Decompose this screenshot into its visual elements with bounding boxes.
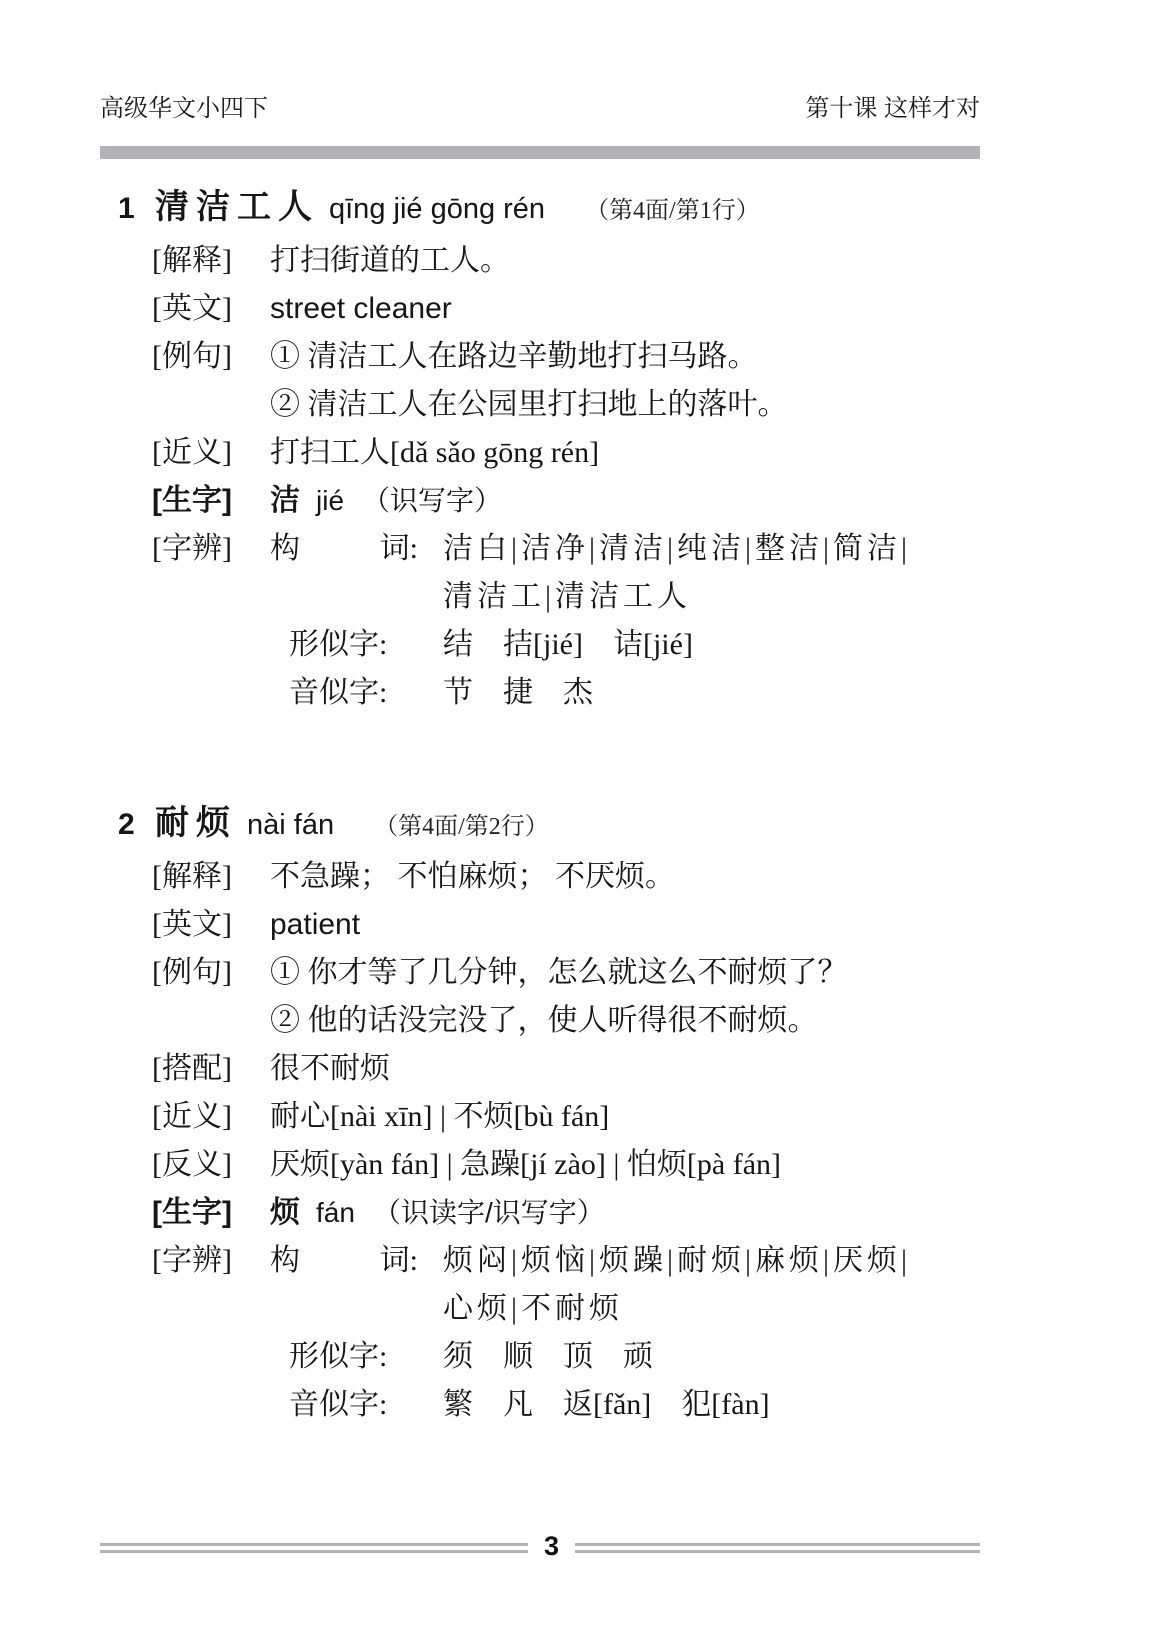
synonym-row: [近义] 打扫工人[dǎ sǎo gōng rén] — [100, 429, 980, 477]
antonym-label: [反义] — [152, 1141, 270, 1189]
analysis-label: [字辨] — [152, 525, 270, 573]
similar-sound-text: 繁 凡 返[fǎn] 犯[fàn] — [443, 1381, 770, 1429]
new-char: 烦 — [270, 1189, 300, 1237]
analysis-row: [字辨] 构 词: 洁白|洁净|清洁|纯洁|整洁|简洁| — [100, 525, 980, 573]
antonym-text: 厌烦[yàn fán] | 急躁[jí zào] | 怕烦[pà fán] — [270, 1141, 781, 1189]
new-char-note: （识写字） — [362, 477, 502, 525]
synonym-row: [近义] 耐心[nài xīn] | 不烦[bù fán] — [100, 1093, 980, 1141]
similar-form-row: 形似字: 结 拮[jié] 诘[jié] — [100, 621, 980, 669]
definition-label: [解释] — [152, 853, 270, 901]
synonym-label: [近义] — [152, 429, 270, 477]
similar-form-label: 形似字: — [289, 621, 443, 669]
similar-sound-label: 音似字: — [289, 669, 443, 717]
entry-pinyin: qīng jié gōng rén — [329, 185, 545, 233]
page-number: 3 — [544, 1531, 559, 1562]
collocation-text: 很不耐烦 — [270, 1045, 390, 1093]
entry-pinyin: nài fán — [247, 801, 334, 849]
compounds-line-1: 洁白|洁净|清洁|纯洁|整洁|简洁| — [443, 525, 911, 573]
compounds-continuation-row: 清洁工|清洁工人 — [100, 573, 980, 621]
compounds-label-second: 词: — [380, 525, 418, 573]
footer-rule-left — [100, 1543, 528, 1553]
page-content: 高级华文小四下 第十课 这样才对 1 清洁工人 qīng jié gōng ré… — [100, 93, 980, 1429]
entry-title: 2 耐烦 nài fán （第4面/第2行） — [100, 799, 980, 851]
similar-sound-row: 音似字: 繁 凡 返[fǎn] 犯[fàn] — [100, 1381, 980, 1429]
example-line-1: ① 你才等了几分钟，怎么就这么不耐烦了？ — [270, 949, 848, 997]
new-char-pinyin: jié — [316, 477, 344, 525]
definition-label: [解释] — [152, 237, 270, 285]
example-line-2: ② 他的话没完没了，使人听得很不耐烦。 — [270, 997, 818, 1045]
collocation-label: [搭配] — [152, 1045, 270, 1093]
analysis-label: [字辨] — [152, 1237, 270, 1285]
entry-title: 1 清洁工人 qīng jié gōng rén （第4面/第1行） — [100, 183, 980, 235]
header-lesson-title: 第十课 这样才对 — [805, 93, 980, 125]
english-text: patient — [270, 901, 360, 949]
compounds-label-first: 构 — [270, 525, 300, 573]
similar-form-text: 须 顺 顶 顽 — [443, 1333, 653, 1381]
compounds-line-2: 心烦|不耐烦 — [443, 1285, 623, 1333]
entry-source: （第4面/第2行） — [374, 803, 549, 851]
similar-form-label: 形似字: — [289, 1333, 443, 1381]
example-row-2: ② 他的话没完没了，使人听得很不耐烦。 — [100, 997, 980, 1045]
page-footer: 3 — [100, 1532, 980, 1563]
synonym-label: [近义] — [152, 1093, 270, 1141]
vocab-entry-2: 2 耐烦 nài fán （第4面/第2行） [解释] 不急躁； 不怕麻烦； 不… — [100, 799, 980, 1429]
synonym-text: 打扫工人[dǎ sǎo gōng rén] — [270, 429, 599, 477]
new-char-label: [生字] — [152, 477, 270, 525]
synonym-text: 耐心[nài xīn] | 不烦[bù fán] — [270, 1093, 609, 1141]
english-label: [英文] — [152, 901, 270, 949]
example-line-2: ② 清洁工人在公园里打扫地上的落叶。 — [270, 381, 788, 429]
similar-sound-label: 音似字: — [289, 1381, 443, 1429]
compounds-line-1: 烦闷|烦恼|烦躁|耐烦|麻烦|厌烦| — [443, 1237, 911, 1285]
footer-rule-right — [575, 1543, 980, 1553]
compounds-continuation-row: 心烦|不耐烦 — [100, 1285, 980, 1333]
new-char-row: [生字] 烦 fán （识读字/识写字） — [100, 1189, 980, 1237]
english-text: street cleaner — [270, 285, 452, 333]
analysis-row: [字辨] 构 词: 烦闷|烦恼|烦躁|耐烦|麻烦|厌烦| — [100, 1237, 980, 1285]
example-line-1: ① 清洁工人在路边辛勤地打扫马路。 — [270, 333, 758, 381]
new-char-pinyin: fán — [316, 1189, 355, 1237]
english-row: [英文] street cleaner — [100, 285, 980, 333]
new-char-row: [生字] 洁 jié （识写字） — [100, 477, 980, 525]
header-book-title: 高级华文小四下 — [100, 93, 268, 125]
compounds-label-second: 词: — [380, 1237, 418, 1285]
collocation-row: [搭配] 很不耐烦 — [100, 1045, 980, 1093]
compounds-label-first: 构 — [270, 1237, 300, 1285]
antonym-row: [反义] 厌烦[yàn fán] | 急躁[jí zào] | 怕烦[pà fá… — [100, 1141, 980, 1189]
examples-label: [例句] — [152, 949, 270, 997]
compounds-label: 构 词: — [270, 1237, 418, 1285]
english-row: [英文] patient — [100, 901, 980, 949]
example-row-1: [例句] ① 你才等了几分钟，怎么就这么不耐烦了？ — [100, 949, 980, 997]
book-page: 高级华文小四下 第十课 这样才对 1 清洁工人 qīng jié gōng ré… — [0, 0, 1150, 1648]
definition-text: 打扫街道的工人。 — [270, 237, 510, 285]
entry-source: （第4面/第1行） — [585, 187, 760, 235]
similar-form-text: 结 拮[jié] 诘[jié] — [443, 621, 693, 669]
compounds-label: 构 词: — [270, 525, 418, 573]
example-row-2: ② 清洁工人在公园里打扫地上的落叶。 — [100, 381, 980, 429]
similar-sound-row: 音似字: 节 捷 杰 — [100, 669, 980, 717]
vocab-entry-1: 1 清洁工人 qīng jié gōng rén （第4面/第1行） [解释] … — [100, 183, 980, 717]
entry-word: 清洁工人 — [155, 183, 319, 231]
entry-number: 2 — [118, 801, 155, 849]
header-rule — [100, 146, 980, 159]
similar-form-row: 形似字: 须 顺 顶 顽 — [100, 1333, 980, 1381]
definition-row: [解释] 打扫街道的工人。 — [100, 237, 980, 285]
page-header: 高级华文小四下 第十课 这样才对 — [100, 93, 980, 125]
new-char: 洁 — [270, 477, 300, 525]
entry-word: 耐烦 — [155, 799, 237, 847]
new-char-label: [生字] — [152, 1189, 270, 1237]
example-row-1: [例句] ① 清洁工人在路边辛勤地打扫马路。 — [100, 333, 980, 381]
definition-text: 不急躁； 不怕麻烦； 不厌烦。 — [270, 853, 675, 901]
new-char-note: （识读字/识写字） — [373, 1189, 605, 1237]
english-label: [英文] — [152, 285, 270, 333]
similar-sound-text: 节 捷 杰 — [443, 669, 593, 717]
entry-number: 1 — [118, 185, 155, 233]
definition-row: [解释] 不急躁； 不怕麻烦； 不厌烦。 — [100, 853, 980, 901]
compounds-line-2: 清洁工|清洁工人 — [443, 573, 691, 621]
examples-label: [例句] — [152, 333, 270, 381]
